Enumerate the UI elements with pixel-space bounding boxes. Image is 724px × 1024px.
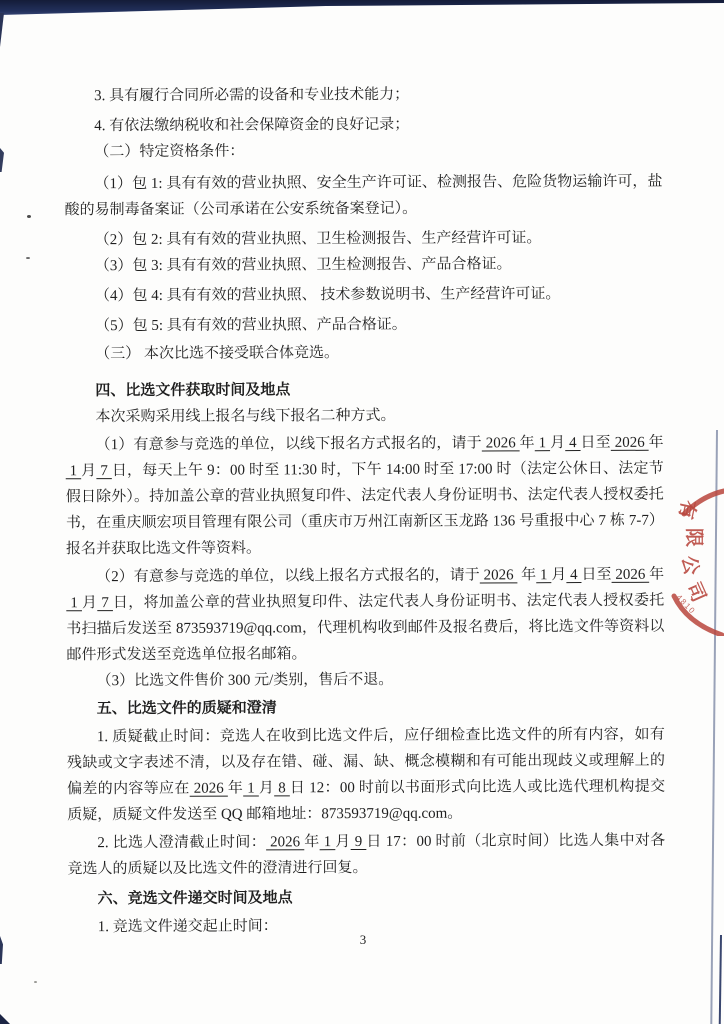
qualification-item-3: 3. 具有履行合同所必需的设备和专业技术能力； bbox=[64, 81, 662, 110]
underlined-year: 2026 bbox=[190, 781, 228, 797]
underlined-year: 2026 bbox=[482, 435, 520, 451]
document-price-clause: （3）比选文件售价 300 元/类别，售后不退。 bbox=[67, 666, 665, 695]
consortium-clause: （三） 本次比选不接受联合体竞选。 bbox=[65, 339, 663, 368]
scan-paper-right-edge bbox=[719, 935, 722, 1024]
scanned-document-page: 3. 具有履行合同所必需的设备和专业技术能力； 4. 有依法缴纳税收和社会保障资… bbox=[0, 0, 724, 1024]
page-number: 3 bbox=[64, 932, 662, 948]
section-4-intro: 本次采购采用线上报名与线下报名二种方式。 bbox=[65, 402, 663, 431]
underlined-day: 7 bbox=[97, 595, 113, 611]
underlined-month: 1 bbox=[66, 595, 82, 611]
section-6-heading: 六、竞选文件递交时间及地点 bbox=[68, 884, 666, 913]
underlined-month: 1 bbox=[320, 834, 336, 850]
qualification-item-4: 4. 有依法缴纳税收和社会保障资金的良好记录； bbox=[64, 111, 662, 140]
package-2-requirements: （2）包 2: 具有有效的营业执照、卫生检测报告、生产经营许可证。 bbox=[65, 225, 663, 254]
underlined-month: 1 bbox=[66, 463, 82, 479]
underlined-year: 2026 bbox=[480, 567, 518, 583]
scan-top-edge-shadow bbox=[0, 0, 724, 16]
underlined-day: 4 bbox=[565, 435, 580, 451]
package-4-requirements: （4）包 4: 具有有效的营业执照、 技术参数说明书、生产经营许可证。 bbox=[65, 281, 663, 310]
scan-left-edge-mark bbox=[0, 148, 4, 172]
section-4-heading: 四、比选文件获取时间及地点 bbox=[65, 376, 663, 405]
scan-speck bbox=[27, 215, 31, 218]
package-5-requirements: （5）包 5: 具有有效的营业执照、产品合格证。 bbox=[65, 311, 663, 340]
seal-character: 公 bbox=[678, 554, 700, 576]
seal-character: 限 bbox=[684, 528, 703, 547]
underlined-year: 2026 bbox=[611, 435, 649, 451]
company-seal-stamp: 有 限 公 司 4810 bbox=[664, 484, 724, 636]
online-registration-paragraph: （2）有意参与竞选的单位，以线上报名方式报名的，请于 2026 年 1 月 4 … bbox=[66, 562, 664, 669]
package-3-requirements: （3）包 3: 具有有效的营业执照、卫生检测报告、产品合格证。 bbox=[65, 251, 663, 280]
underlined-day: 7 bbox=[96, 463, 112, 479]
underlined-day: 4 bbox=[566, 567, 581, 583]
seal-character: 有 bbox=[675, 498, 698, 521]
underlined-day: 8 bbox=[274, 780, 290, 796]
clarification-deadline-paragraph: 2. 比选人澄清截止时间： 2026 年 1 月 9 日 17：00 时前（北京… bbox=[67, 828, 665, 883]
underlined-month: 1 bbox=[536, 567, 551, 583]
underlined-year: 2026 bbox=[612, 567, 650, 583]
underlined-month: 1 bbox=[535, 435, 550, 451]
scan-speck bbox=[26, 257, 30, 259]
offline-registration-paragraph: （1）有意参与竞选的单位，以线下报名方式报名的，请于 2026 年 1 月 4 … bbox=[66, 430, 665, 563]
document-body: 3. 具有履行合同所必需的设备和专业技术能力； 4. 有依法缴纳税收和社会保障资… bbox=[64, 81, 666, 941]
section-5-heading: 五、比选文件的质疑和澄清 bbox=[67, 694, 665, 723]
scan-speck bbox=[34, 981, 37, 983]
scan-bottom-left-mark bbox=[0, 936, 3, 964]
underlined-year: 2026 bbox=[266, 834, 304, 850]
special-qualification-heading: （二）特定资格条件： bbox=[64, 137, 662, 166]
underlined-month: 1 bbox=[243, 780, 259, 796]
scan-left-edge-mark bbox=[0, 13, 4, 47]
package-1-requirements: （1）包 1: 具有有效的营业执照、安全生产许可证、检测报告、危险货物运输许可，… bbox=[64, 169, 662, 224]
scan-bottom-left-mark bbox=[0, 1014, 10, 1024]
query-deadline-paragraph: 1. 质疑截止时间：竞选人在收到比选文件后，应仔细检查比选文件的所有内容，如有残… bbox=[67, 722, 665, 829]
underlined-day: 9 bbox=[351, 834, 367, 850]
